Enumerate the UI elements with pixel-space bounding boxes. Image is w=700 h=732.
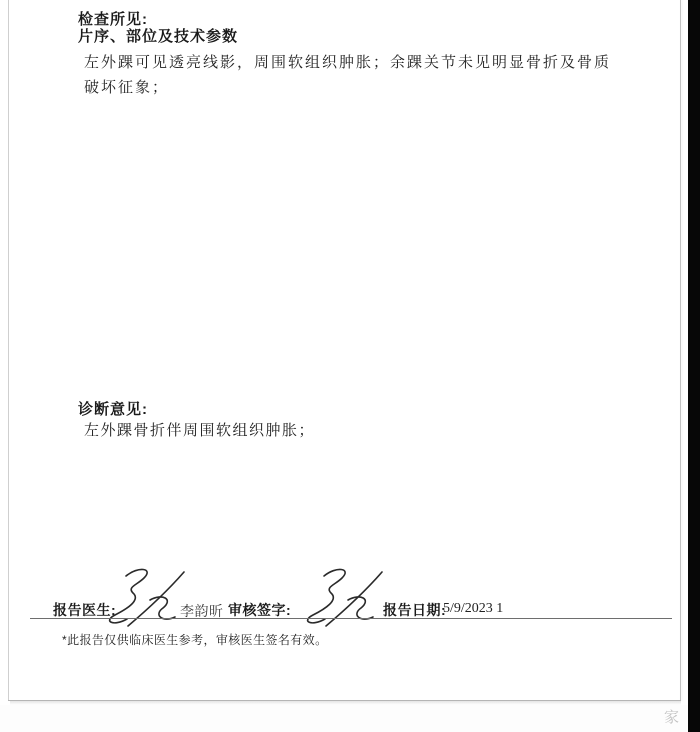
right-black-strip	[688, 0, 700, 732]
findings-body-text: 左外踝可见透亮线影，周围软组织肿胀；余踝关节未见明显骨折及骨质破坏征象；	[84, 50, 619, 100]
diagnosis-body-text: 左外踝骨折伴周围软组织肿胀；	[84, 419, 315, 440]
report-date-label: 报告日期:	[383, 600, 446, 620]
review-signature-label: 审核签字:	[228, 600, 291, 620]
reviewer-signature-icon	[290, 566, 394, 630]
area-below-page	[0, 705, 688, 732]
signature-row-underline	[30, 618, 672, 619]
page-bottom-shadow	[10, 701, 681, 705]
page-right-border	[680, 0, 681, 701]
watermark-fragment: 家	[664, 706, 679, 727]
footnote-text: *此报告仅供临床医生参考，审核医生签名有效。	[62, 631, 327, 648]
findings-subheading: 片序、部位及技术参数	[78, 25, 238, 46]
diagnosis-heading: 诊断意见:	[78, 398, 148, 419]
page-left-border	[8, 0, 9, 701]
report-date-value: 5/9/2023 1	[443, 601, 503, 617]
